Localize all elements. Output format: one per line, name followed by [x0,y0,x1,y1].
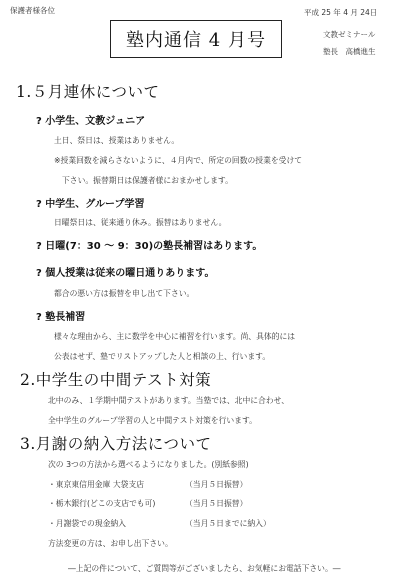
newsletter-title: 塾内通信 4 月号 [110,20,282,58]
payment-method-note: （当月５日振替） [185,479,247,490]
body-line: 全中学生のグループ学習の人と中間テスト対策を行います。 [48,415,257,426]
payment-method-name: ・栃木銀行(どこの支店でも可) [48,498,155,509]
author-name: 塾長 高橋進生 [323,46,376,57]
organization-name: 文教ゼミナール [323,29,375,40]
body-line: 公表はせず、塾でリストアップした人と相談の上、行います。 [54,351,270,362]
section-2-heading: 2.中学生の中間テスト対策 [20,368,211,390]
body-line: 北中のみ、１学期中間テストがあります。当塾では、北中に合わせ、 [48,395,289,406]
payment-outro: 方法変更の方は、お申し出下さい。 [48,538,173,549]
payment-method-note: （当月５日までに納入） [185,518,271,529]
body-line: 日曜祭日は、従来通り休み。振替はありません。 [54,217,226,228]
body-line: 土日、祭日は、授業はありません。 [54,135,179,146]
payment-method-name: ・月謝袋での現金納入 [48,518,126,529]
body-line: 様々な理由から、主に数学を中心に補習を行います。尚、具体的には [54,331,295,342]
subsection-heading: ? 個人授業は従来の曜日通りあります。 [36,264,214,279]
subsection-heading: ? 小学生、文教ジュニア [36,112,145,127]
issue-date: 平成 25 年 4 月 24日 [304,7,377,18]
payment-method-name: ・東京東信用金庫 大袋支店 [48,479,144,490]
body-line: 都合の悪い方は振替を申し出て下さい。 [54,288,194,299]
section-1-heading: 1.５月連休について [16,80,159,102]
payment-method-note: （当月５日振替） [185,498,247,509]
section-3-heading: 3.月謝の納入方法について [20,432,211,454]
payment-intro: 次の 3つの方法から選べるようになりました。(別紙参照) [48,459,249,470]
body-line: 下さい。振替期日は保護者様におまかせします。 [62,175,233,186]
recipient-label: 保護者様各位 [10,5,55,16]
subsection-heading: ? 中学生、グループ学習 [36,195,144,210]
body-line: ※授業回数を減らさないように、４月内で、所定の回数の授業を受けて [54,155,302,166]
subsection-heading: ? 日曜(7：30 ～ 9：30)の塾長補習はあります。 [36,237,262,252]
subsection-heading: ? 塾長補習 [36,308,85,323]
footer-note: ―上記の件について、ご質問等がございましたら、お気軽にお電話下さい。― [68,563,341,574]
